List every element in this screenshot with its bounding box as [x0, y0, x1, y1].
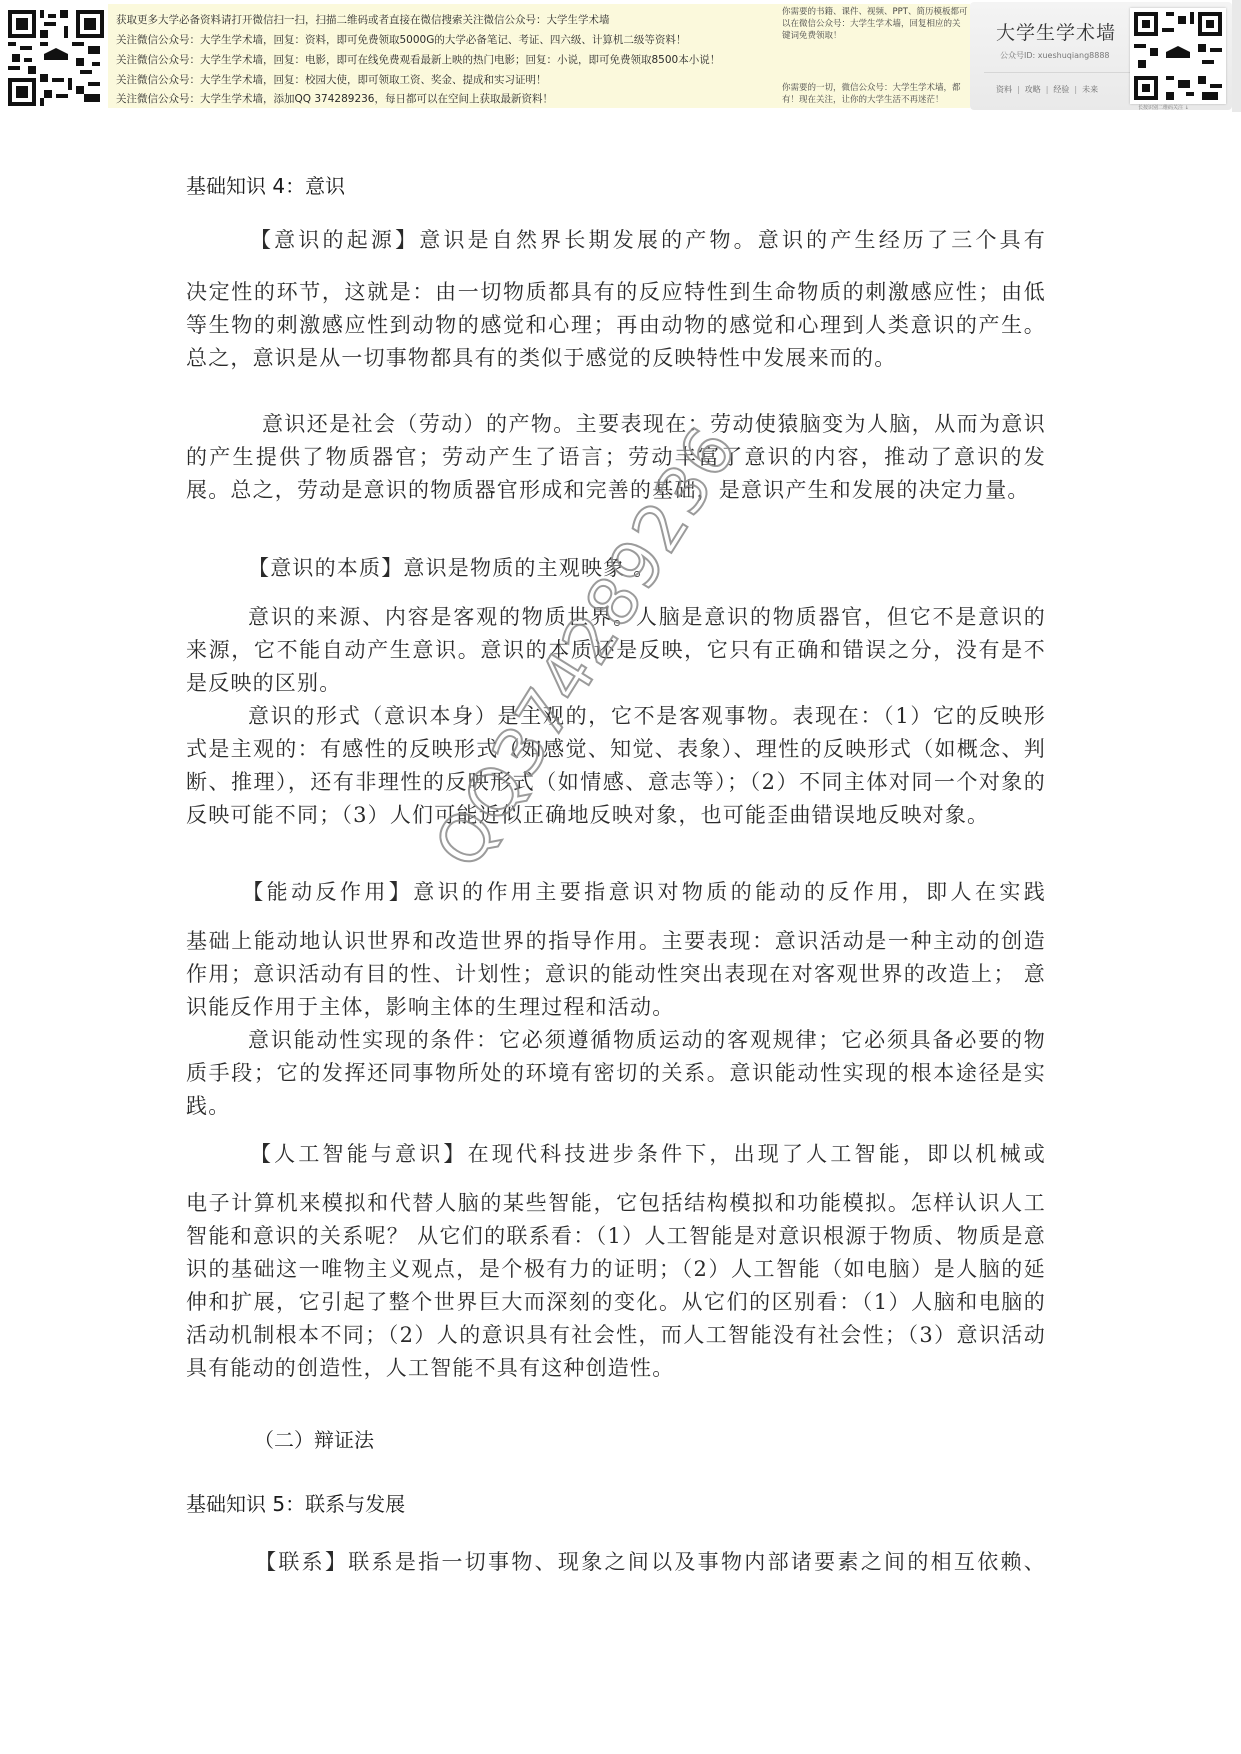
origin-first-line: 【意识的起源】意识是自然界长期发展的产物。意识的产生经历了三个具有	[186, 224, 1046, 257]
origin-text: 意识是自然界长期发展的产物。意识的产生经历了三个具有	[419, 228, 1046, 252]
brand-tag: 攻略	[1025, 85, 1041, 94]
form-paragraph: 意识的形式（意识本身）是主观的，它不是客观事物。表现在：（1）它的反映形式是主观…	[186, 700, 1046, 832]
connection-first-line: 【联系】联系是指一切事物、现象之间以及事物内部诸要素之间的相互依赖、	[186, 1546, 1046, 1579]
ai-first-line: 【人工智能与意识】在现代科技进步条件下，出现了人工智能，即以机械或	[186, 1138, 1046, 1171]
agency-first-line: 【能动反作用】意识的作用主要指意识对物质的能动的反作用，即人在实践	[186, 876, 1046, 909]
connection-label: 【联系】	[254, 1550, 348, 1574]
ai-label: 【人工智能与意识】	[248, 1142, 468, 1166]
promo-text-block: 获取更多大学必备资料请打开微信扫一扫，扫描二维码或者直接在微信搜索关注微信公众号…	[108, 4, 778, 108]
promo-line: 关注微信公众号：大学生学术墙，回复：资料，即可免费领取5000G的大学必备笔记、…	[116, 32, 686, 47]
agency-text: 意识的作用主要指意识对物质的能动的反作用，即人在实践	[413, 880, 1046, 904]
promo-side-notes: 你需要的书籍、课件、视频、PPT、简历模板都可以在微信公众号：大学生学术墙，回复…	[778, 4, 970, 108]
side-note-bottom: 你需要的一切，微信公众号：大学生学术墙，都有！现在关注，让你的大学生活不再迷茫！	[782, 82, 968, 106]
origin-label: 【意识的起源】	[248, 228, 419, 252]
divider	[984, 72, 1134, 73]
section-heading-5: 基础知识 5：联系与发展	[186, 1488, 405, 1517]
brand-tags: 资料|攻略|经验|未来	[996, 84, 1098, 95]
promo-line: 关注微信公众号：大学生学术墙，回复：电影，即可在线免费观看最新上映的热门电影；回…	[116, 52, 720, 67]
social-product-paragraph: 意识还是社会（劳动）的产物。主要表现在：劳动使猿脑变为人脑，从而为意识的产生提供…	[186, 408, 1046, 507]
ai-paragraph: 电子计算机来模拟和代替人脑的某些智能，它包括结构模拟和功能模拟。怎样认识人工智能…	[186, 1187, 1046, 1385]
brand-tag: 经验	[1053, 85, 1069, 94]
brand-tag: 未来	[1082, 85, 1098, 94]
side-note-top: 你需要的书籍、课件、视频、PPT、简历模板都可以在微信公众号：大学生学术墙，回复…	[782, 6, 968, 42]
qr-code-left	[8, 10, 104, 106]
agency-label: 【能动反作用】	[240, 880, 413, 904]
qr-code-right	[1130, 8, 1226, 104]
qr-code-icon	[8, 10, 104, 106]
brand-name: 大学生学术墙	[996, 18, 1116, 45]
promo-banner: 获取更多大学必备资料请打开微信扫一扫，扫描二维码或者直接在微信搜索关注微信公众号…	[0, 0, 1241, 112]
brand-id: 公众号ID: xueshuqiang8888	[1000, 50, 1110, 61]
essence-label: 【意识的本质】	[248, 556, 403, 580]
promo-line: 关注微信公众号：大学生学术墙，回复：校园大使，即可领取工资、奖金、提成和实习证明…	[116, 72, 547, 87]
conditions-paragraph: 意识能动性实现的条件：它必须遵循物质运动的客观规律；它必须具备必要的物质手段；它…	[186, 1024, 1046, 1123]
origin-paragraph: 决定性的环节，这就是：由一切物质都具有的反应特性到生命物质的刺激感应性；由低等生…	[186, 276, 1046, 375]
qr-caption: 长按识别二维码关注 ↓	[1138, 104, 1189, 111]
connection-text: 联系是指一切事物、现象之间以及事物内部诸要素之间的相互依赖、	[348, 1550, 1046, 1574]
agency-paragraph: 基础上能动地认识世界和改造世界的指导作用。主要表现：意识活动是一种主动的创造作用…	[186, 925, 1046, 1024]
qr-code-icon	[1130, 8, 1226, 104]
ai-text: 在现代科技进步条件下，出现了人工智能，即以机械或	[468, 1142, 1046, 1166]
section-heading-4: 基础知识 4：意识	[186, 170, 345, 199]
banner-edge	[1232, 0, 1241, 112]
section-two-heading: （二）辩证法	[254, 1424, 374, 1453]
promo-line: 获取更多大学必备资料请打开微信扫一扫，扫描二维码或者直接在微信搜索关注微信公众号…	[116, 12, 610, 27]
brand-tag: 资料	[996, 85, 1012, 94]
promo-line: 关注微信公众号：大学生学术墙，添加QQ 374289236，每日都可以在空间上获…	[116, 91, 553, 106]
